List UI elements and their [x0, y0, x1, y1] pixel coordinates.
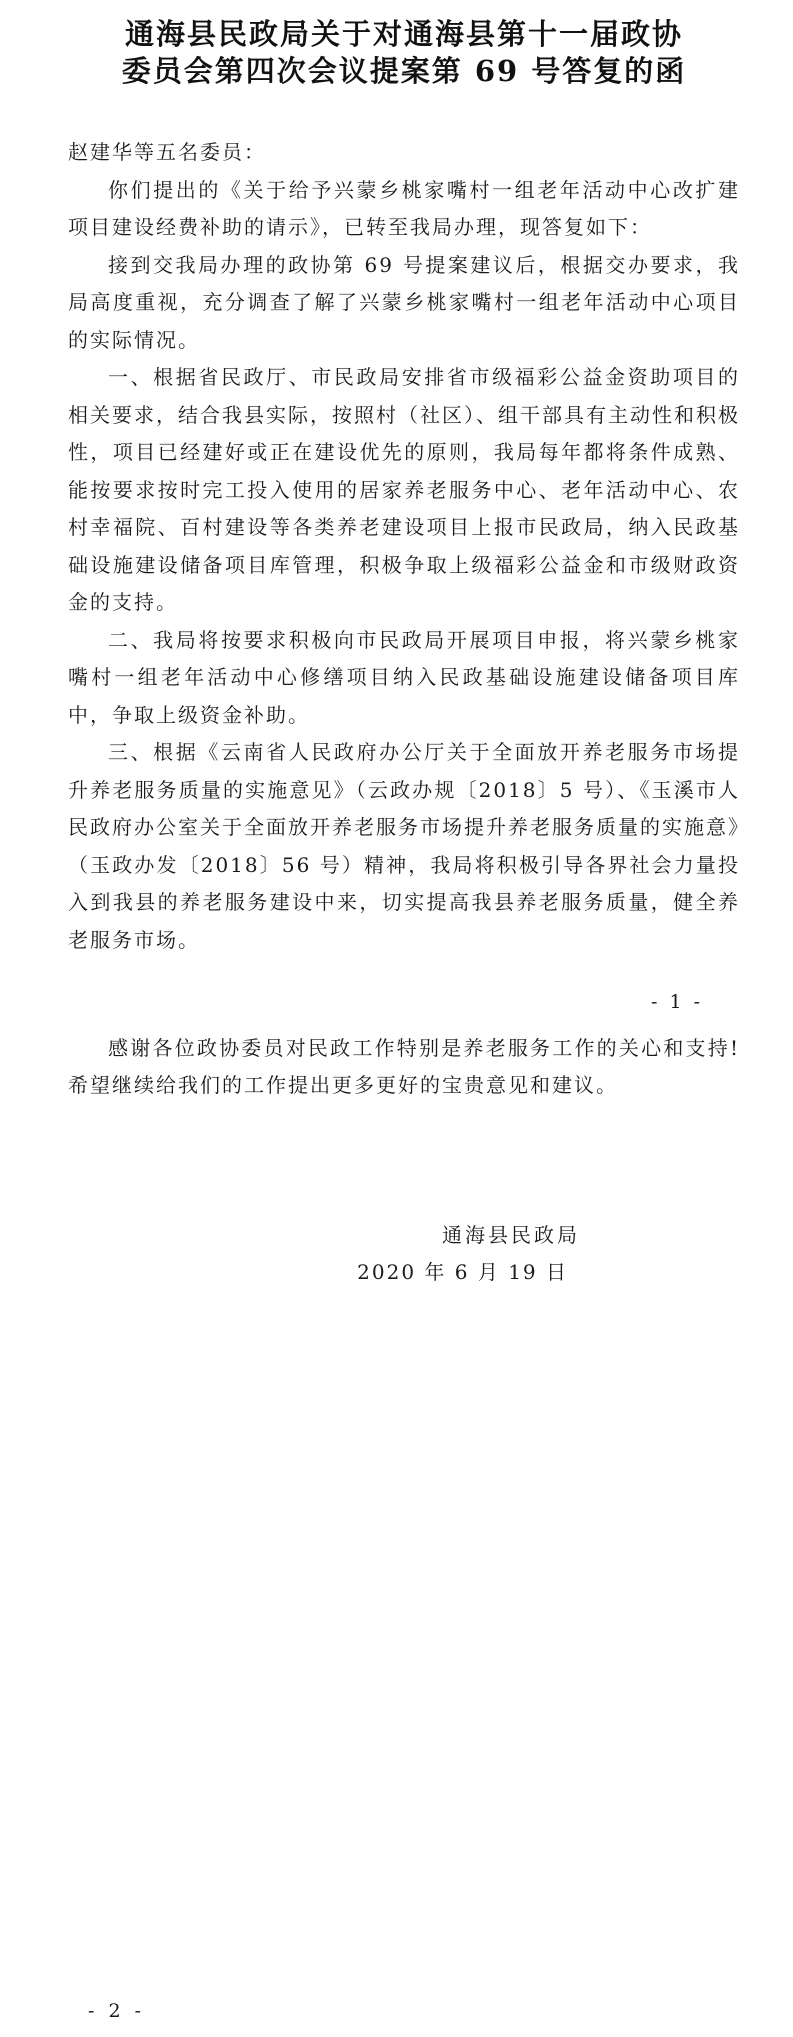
signature-name: 通海县民政局	[68, 1217, 740, 1255]
body-paragraph: 接到交我局办理的政协第 69 号提案建议后，根据交办要求，我局高度重视，充分调查…	[68, 247, 740, 360]
document-page: 通海县民政局关于对通海县第十一届政协 委员会第四次会议提案第 69 号答复的函 …	[0, 0, 793, 2037]
title-line-1: 通海县民政局关于对通海县第十一届政协	[68, 16, 740, 53]
closing-paragraph: 感谢各位政协委员对民政工作特别是养老服务工作的关心和支持!希望继续给我们的工作提…	[68, 1030, 740, 1105]
signature-block: 通海县民政局 2020 年 6 月 19 日	[68, 1217, 740, 1292]
body-paragraph: 一、根据省民政厅、市民政局安排省市级福彩公益金资助项目的相关要求，结合我县实际，…	[68, 359, 740, 622]
signature-date: 2020 年 6 月 19 日	[68, 1254, 740, 1292]
page-number-2: - 2 -	[88, 2000, 145, 2022]
body-paragraph: 你们提出的《关于给予兴蒙乡桃家嘴村一组老年活动中心改扩建项目建设经费补助的请示》…	[68, 172, 740, 247]
salutation: 赵建华等五名委员：	[68, 134, 740, 172]
body-paragraph: 三、根据《云南省人民政府办公厅关于全面放开养老服务市场提升养老服务质量的实施意见…	[68, 734, 740, 959]
body-paragraph: 二、我局将按要求积极向市民政局开展项目申报，将兴蒙乡桃家嘴村一组老年活动中心修缮…	[68, 622, 740, 735]
document-content: 通海县民政局关于对通海县第十一届政协 委员会第四次会议提案第 69 号答复的函 …	[0, 16, 793, 1292]
document-title: 通海县民政局关于对通海县第十一届政协 委员会第四次会议提案第 69 号答复的函	[68, 16, 740, 90]
document-body: 赵建华等五名委员： 你们提出的《关于给予兴蒙乡桃家嘴村一组老年活动中心改扩建项目…	[68, 134, 740, 1292]
title-line-2: 委员会第四次会议提案第 69 号答复的函	[68, 53, 740, 90]
page-number-1: - 1 -	[68, 984, 740, 1022]
